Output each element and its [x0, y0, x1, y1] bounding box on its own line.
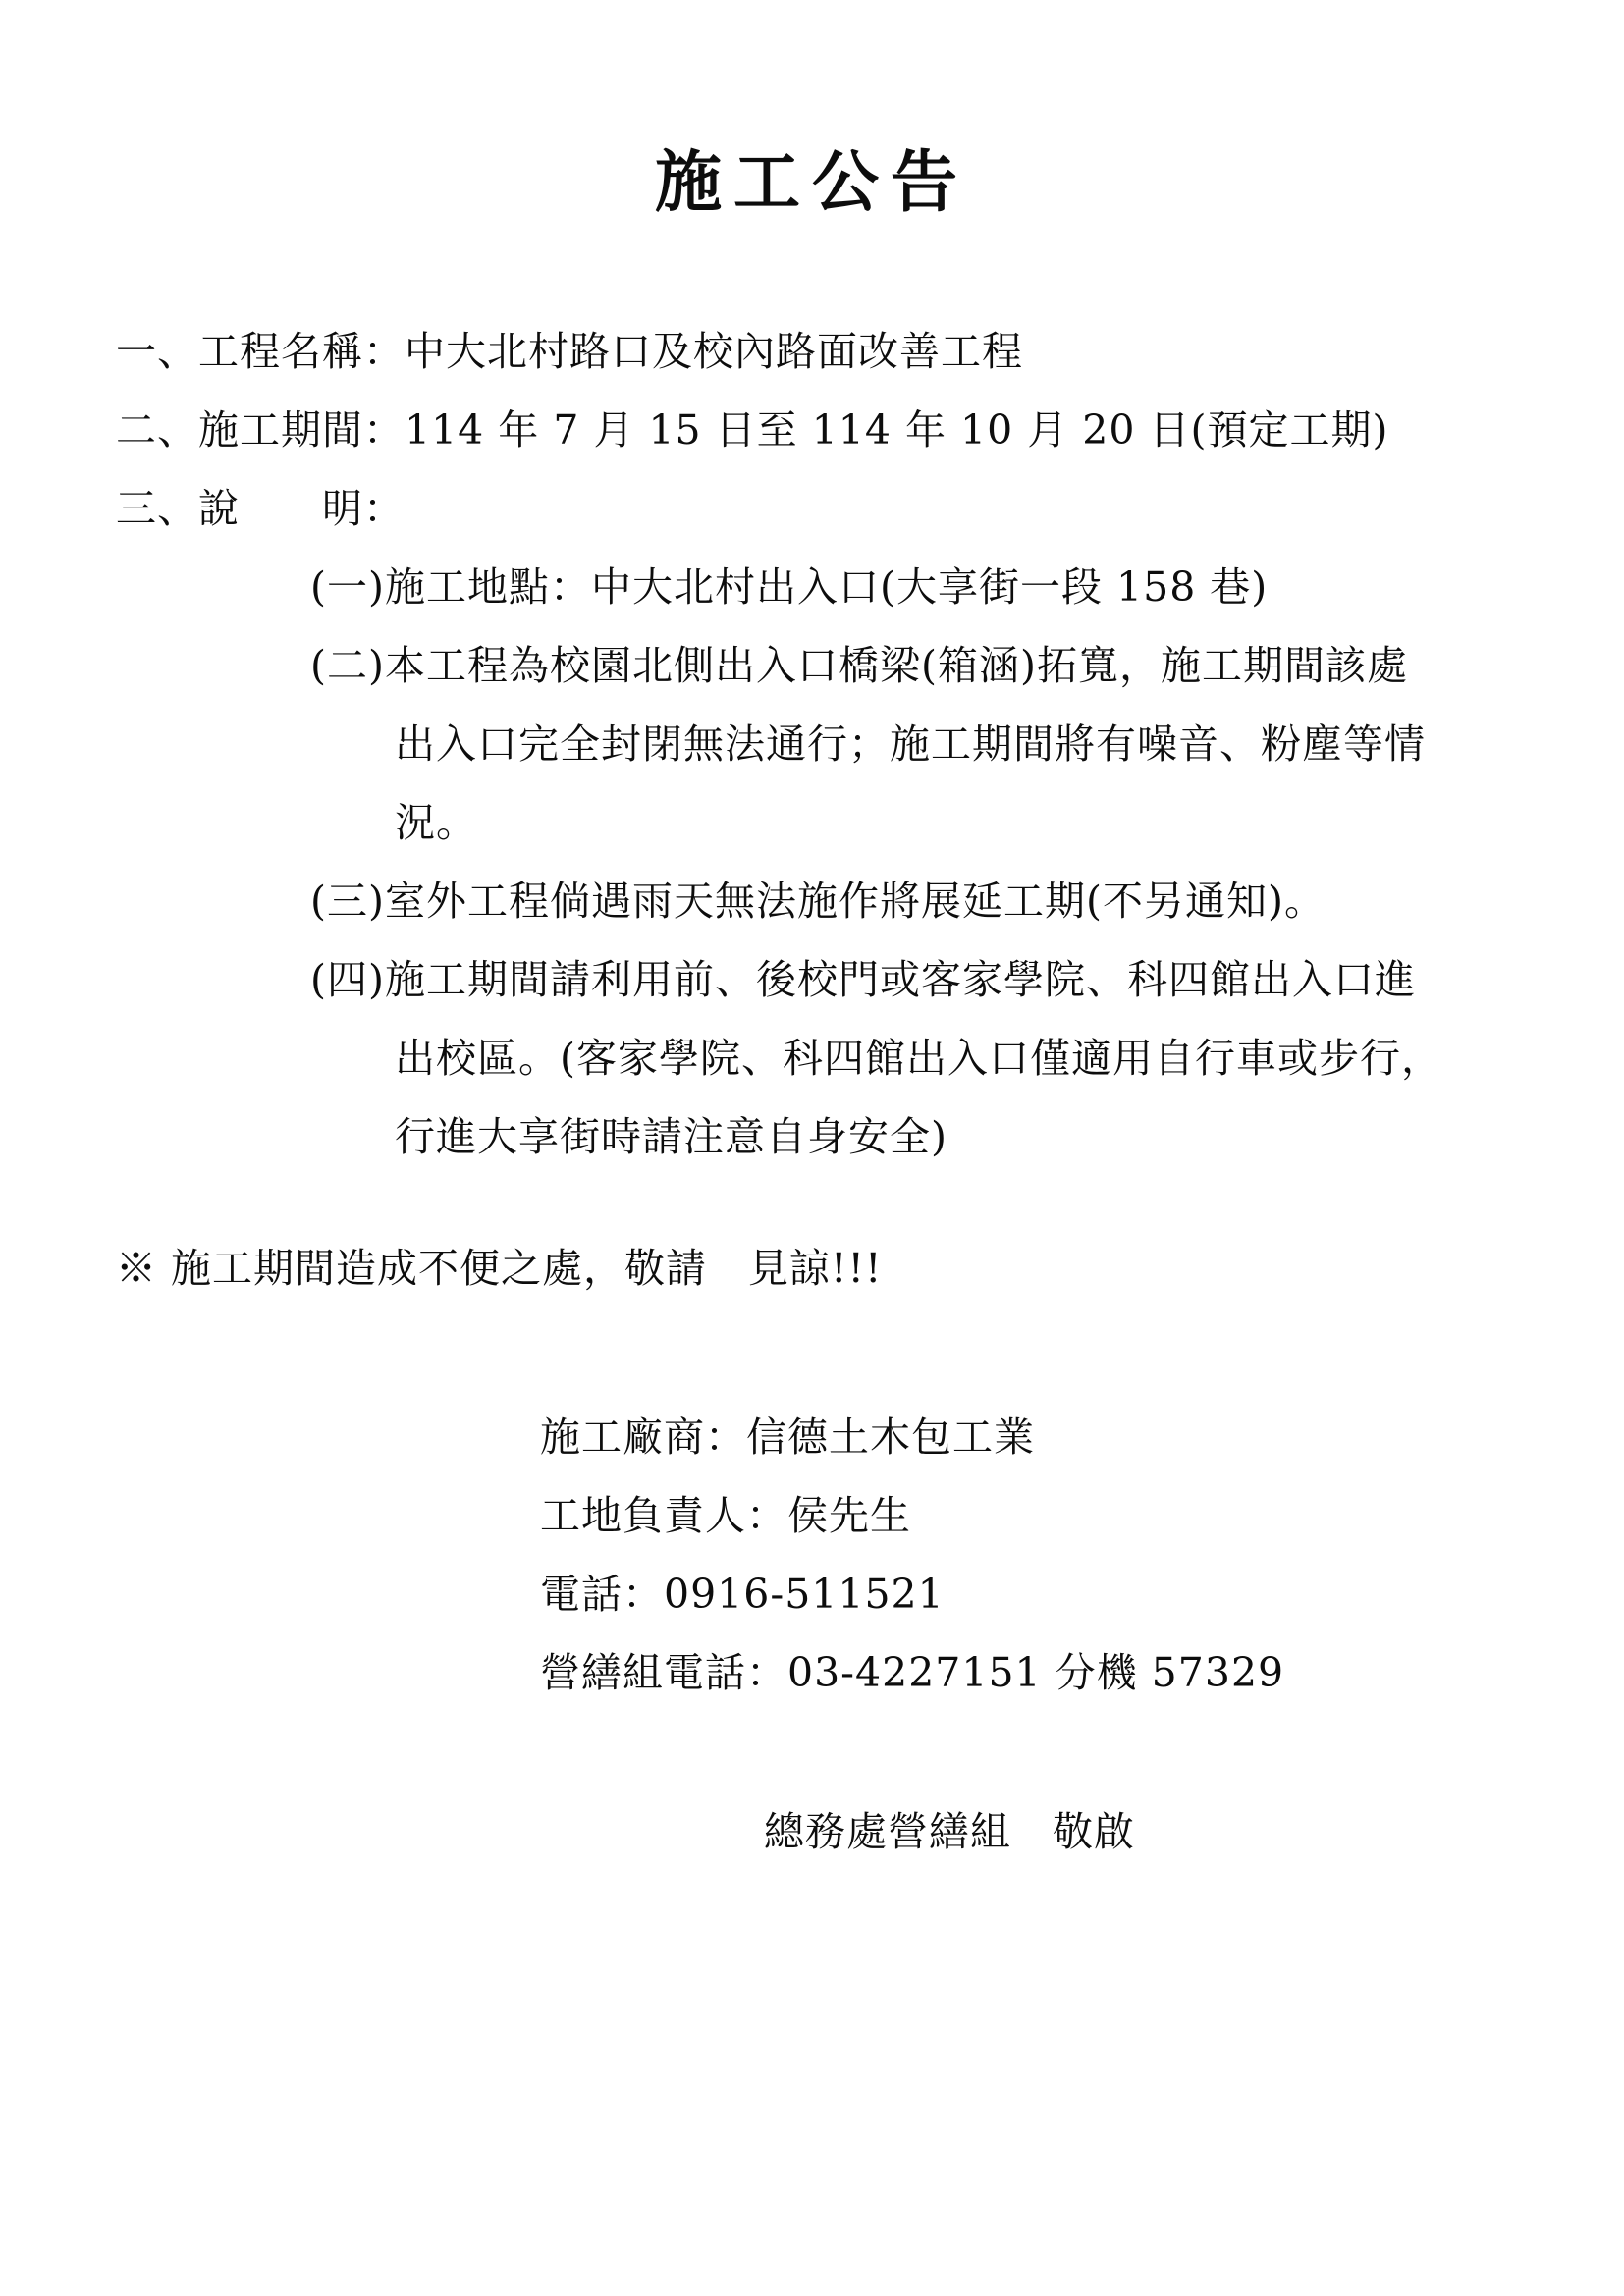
item-construction-period: 二、施工期間：114 年 7 月 15 日至 114 年 10 月 20 日(預…: [116, 391, 1508, 469]
sub-item-2-line-1: (二)本工程為校園北側出入口橋梁(箱涵)拓寬，施工期間該處: [116, 626, 1508, 705]
contact-contractor: 施工廠商：信德土木包工業: [540, 1398, 1508, 1476]
sub-item-4-line-3: 行進大享街時請注意自身安全): [116, 1097, 1508, 1176]
contact-phone: 電話：0916-511521: [540, 1555, 1508, 1633]
signature-line: 總務處營繕組 敬啟: [116, 1792, 1508, 1871]
sub-item-3-rain-delay: (三)室外工程倘遇雨天無法施作將展延工期(不另通知)。: [116, 862, 1508, 940]
apology-note: ※ 施工期間造成不便之處，敬請 見諒!!!: [116, 1229, 1508, 1308]
sub-item-2-line-3: 況。: [116, 783, 1508, 862]
page-title: 施工公告: [116, 135, 1508, 230]
sub-item-4-line-1: (四)施工期間請利用前、後校門或客家學院、科四館出入口進: [116, 940, 1508, 1019]
contact-office-phone: 營繕組電話：03-4227151 分機 57329: [540, 1633, 1508, 1712]
contact-site-manager: 工地負責人：侯先生: [540, 1476, 1508, 1555]
sub-item-2-line-2: 出入口完全封閉無法通行；施工期間將有噪音、粉塵等情: [116, 705, 1508, 783]
sub-item-1-location: (一)施工地點：中大北村出入口(大享街一段 158 巷): [116, 548, 1508, 626]
sub-item-4-line-2: 出校區。(客家學院、科四館出入口僅適用自行車或步行，: [116, 1019, 1508, 1097]
contact-block: 施工廠商：信德土木包工業 工地負責人：侯先生 電話：0916-511521 營繕…: [116, 1398, 1508, 1712]
item-project-name: 一、工程名稱：中大北村路口及校內路面改善工程: [116, 312, 1508, 391]
notice-body: 一、工程名稱：中大北村路口及校內路面改善工程 二、施工期間：114 年 7 月 …: [116, 312, 1508, 1871]
item-explanation-header: 三、說 明：: [116, 469, 1508, 548]
construction-notice-page: 施工公告 一、工程名稱：中大北村路口及校內路面改善工程 二、施工期間：114 年…: [0, 0, 1624, 2296]
